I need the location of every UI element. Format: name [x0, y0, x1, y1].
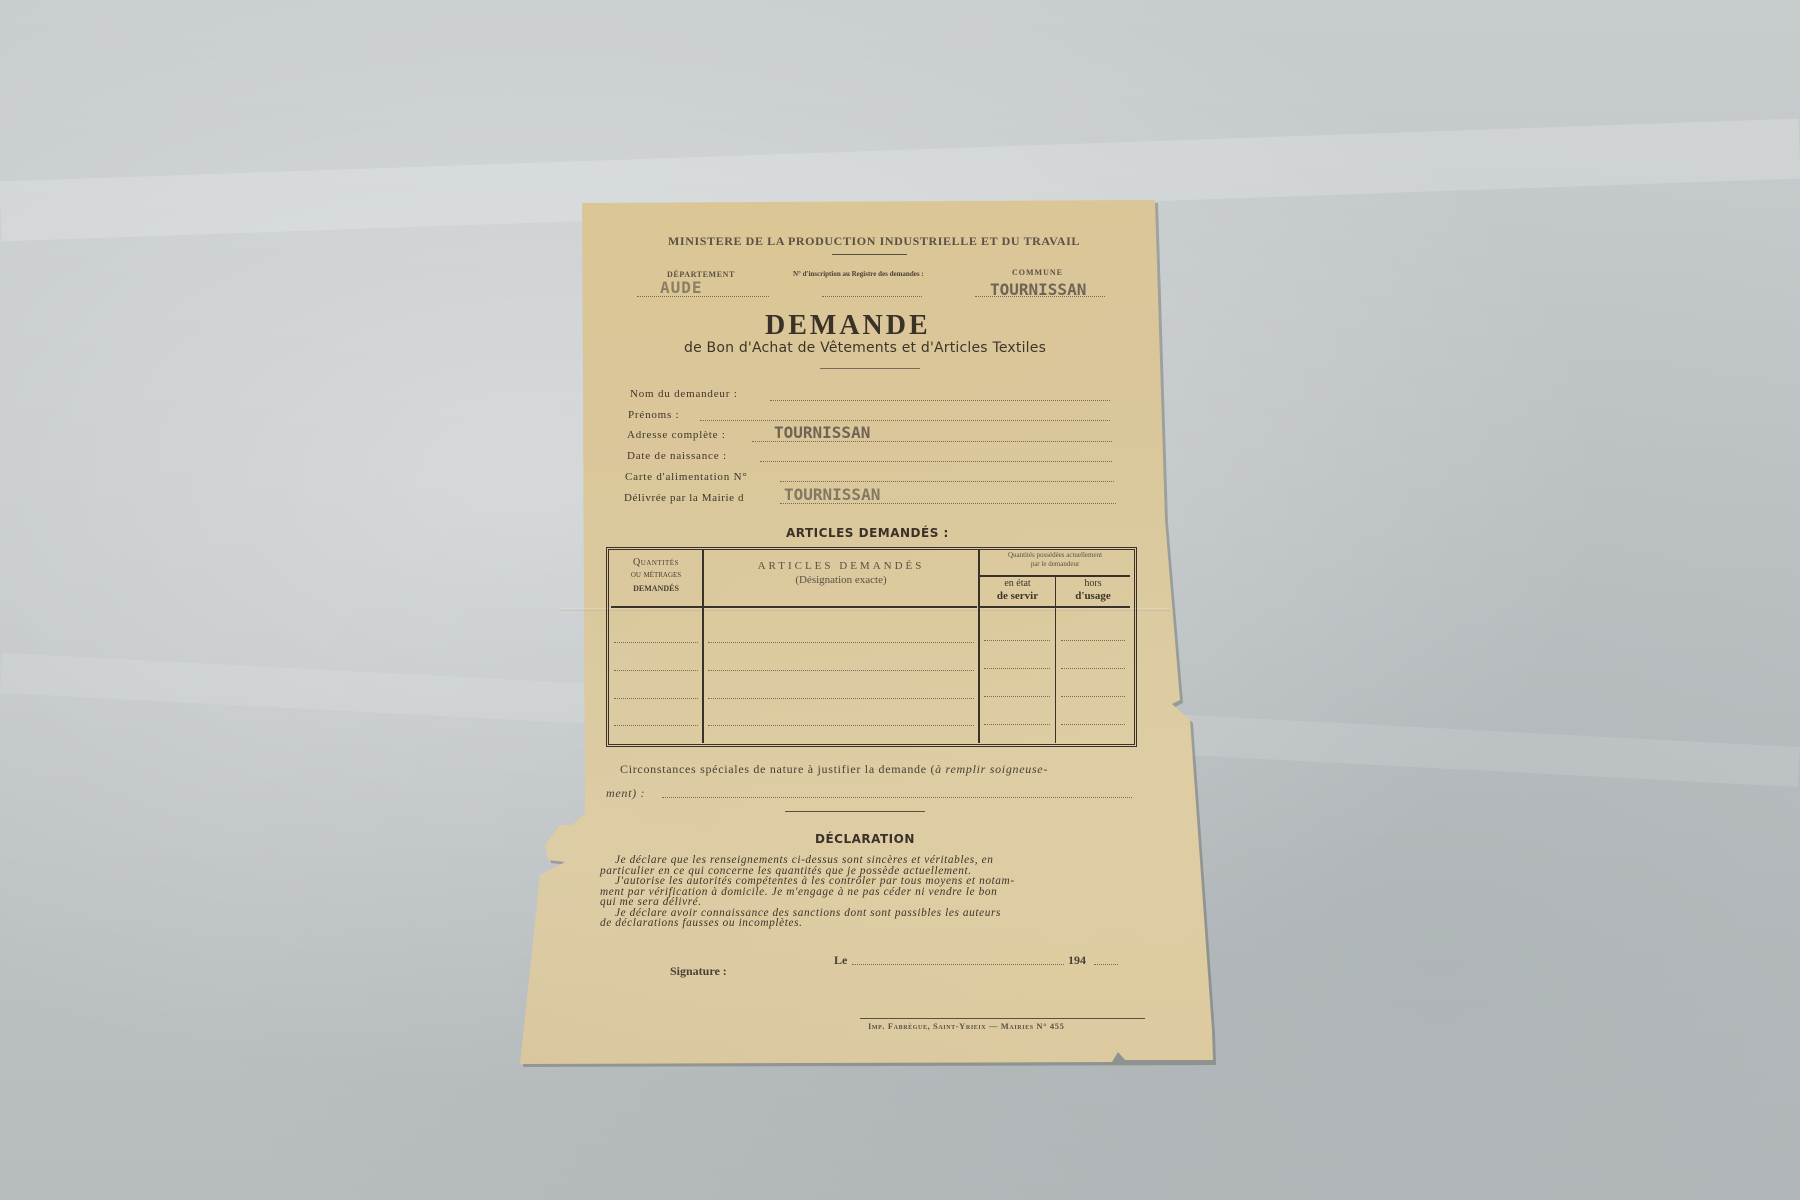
field-nom-input[interactable] — [770, 400, 1110, 401]
field-label-naissance: Date de naissance : — [627, 450, 727, 462]
field-label-mairie: Délivrée par la Mairie d — [624, 492, 744, 504]
declaration-line: qui me sera délivré. — [600, 897, 1015, 908]
field-naissance-input[interactable] — [760, 461, 1112, 462]
date-input[interactable] — [852, 964, 1064, 965]
circumstances-text-italic: à remplir soigneuse- — [935, 762, 1048, 776]
col-etat-header: en état de servir — [980, 578, 1055, 602]
col-quantites-line3: demandés — [612, 581, 700, 593]
table-col-divider — [1055, 576, 1056, 743]
field-label-adresse: Adresse complète : — [627, 429, 726, 441]
group-line2: par le demandeur — [980, 560, 1130, 569]
imprint-rule — [860, 1018, 1145, 1019]
declaration-body: Je déclare que les renseignements ci-des… — [600, 855, 1015, 929]
inscription-label: N° d'inscription au Registre des demande… — [793, 270, 924, 278]
col-usage-header: hors d'usage — [1057, 578, 1129, 602]
signature-label: Signature : — [670, 964, 727, 979]
circumstances-rule — [785, 811, 925, 812]
form-subtitle: de Bon d'Achat de Vêtements et d'Article… — [684, 340, 1046, 356]
circumstances-label-cont: ment) : — [606, 786, 645, 801]
field-mairie-stamp: TOURNISSAN — [784, 485, 880, 504]
field-mairie-input[interactable] — [780, 503, 1116, 504]
cell-quantite[interactable] — [614, 642, 698, 643]
field-prenoms-input[interactable] — [700, 420, 1110, 421]
col-usage-line1: hors — [1057, 578, 1129, 590]
cell-usage[interactable] — [1061, 668, 1125, 669]
cell-etat[interactable] — [984, 668, 1050, 669]
group-possedees-header: Quantités possédées actuellement par le … — [980, 551, 1130, 569]
inscription-line — [822, 296, 922, 297]
cell-article[interactable] — [708, 725, 974, 726]
group-line1: Quantités possédées actuellement — [980, 551, 1130, 560]
commune-line — [975, 296, 1105, 297]
printer-imprint: Imp. Fabrègue, Saint-Yrieix — Mairies N°… — [868, 1021, 1064, 1031]
circumstances-text-1: Circonstances spéciales de nature à just… — [620, 762, 935, 776]
col-usage-line2: d'usage — [1057, 590, 1129, 602]
cell-article[interactable] — [708, 670, 974, 671]
title-rule — [820, 368, 920, 369]
table-header-divider — [611, 606, 977, 608]
field-label-nom: Nom du demandeur : — [630, 388, 738, 400]
cell-article[interactable] — [708, 698, 974, 699]
col-quantites-header: Quantités ou métrages demandés — [612, 557, 700, 593]
cell-quantite[interactable] — [614, 670, 698, 671]
field-label-carte: Carte d'alimentation N° — [625, 471, 748, 483]
commune-label: COMMUNE — [1012, 268, 1063, 277]
cell-etat[interactable] — [984, 640, 1050, 641]
date-year-input[interactable] — [1094, 964, 1118, 965]
declaration-title: DÉCLARATION — [815, 832, 915, 846]
col-articles-line1: ARTICLES DEMANDÉS — [705, 560, 977, 572]
col-quantites-line1: Quantités — [612, 557, 700, 569]
circumstances-input[interactable] — [662, 797, 1132, 798]
table-col-divider — [702, 550, 704, 743]
ministry-rule — [832, 254, 907, 255]
date-prefix: Le — [834, 953, 847, 968]
circumstances-label: Circonstances spéciales de nature à just… — [620, 762, 1048, 777]
departement-line — [637, 296, 769, 297]
field-adresse-input[interactable] — [752, 441, 1112, 442]
ministry-heading: MINISTERE DE LA PRODUCTION INDUSTRIELLE … — [668, 234, 1080, 249]
cell-article[interactable] — [708, 642, 974, 643]
col-etat-line1: en état — [980, 578, 1055, 590]
cell-usage[interactable] — [1061, 696, 1125, 697]
declaration-line: Je déclare que les renseignements ci-des… — [600, 855, 1015, 866]
cell-etat[interactable] — [984, 696, 1050, 697]
field-adresse-stamp: TOURNISSAN — [774, 423, 870, 442]
field-label-prenoms: Prénoms : — [628, 409, 680, 421]
articles-section-title: ARTICLES DEMANDÉS : — [786, 526, 949, 540]
field-carte-input[interactable] — [780, 481, 1114, 482]
departement-stamp: AUDE — [660, 278, 703, 297]
col-articles-line2: (Désignation exacte) — [705, 574, 977, 586]
cell-usage[interactable] — [1061, 724, 1125, 725]
cell-usage[interactable] — [1061, 640, 1125, 641]
date-year: 194 — [1068, 953, 1086, 968]
cell-etat[interactable] — [984, 724, 1050, 725]
col-etat-line2: de servir — [980, 590, 1055, 602]
declaration-line: J'autorise les autorités compétentes à l… — [600, 876, 1015, 887]
cell-quantite[interactable] — [614, 698, 698, 699]
declaration-line: de déclarations fausses ou incomplètes. — [600, 918, 1015, 929]
cell-quantite[interactable] — [614, 725, 698, 726]
col-articles-header: ARTICLES DEMANDÉS (Désignation exacte) — [705, 560, 977, 586]
form-title: DEMANDE — [765, 310, 931, 342]
